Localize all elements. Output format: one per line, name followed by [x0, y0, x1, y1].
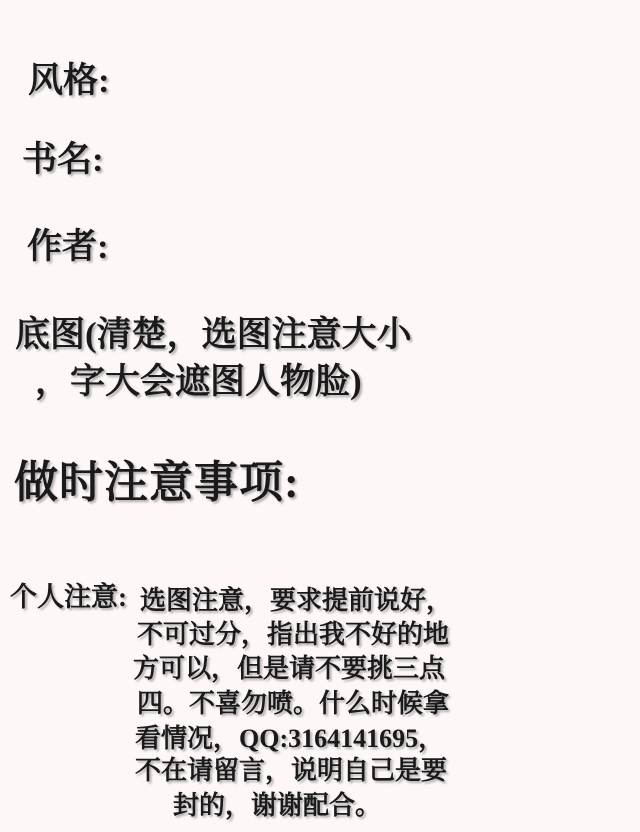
- style-field-label: 风格:: [28, 63, 110, 98]
- personal-note-line: 方可以，但是请不要挑三点: [133, 652, 445, 686]
- base-image-note-line-2: ，字大会遮图人物脸): [35, 364, 362, 399]
- personal-note-label: 个人注意:: [10, 584, 127, 611]
- personal-note-line: 选图注意，要求提前说好，: [140, 584, 452, 618]
- personal-note-line: 不可过分，指出我不好的地: [137, 618, 449, 652]
- personal-note-line-qq: 看情况，QQ:3164141695，: [135, 722, 444, 756]
- personal-note-line: 封的，谢谢配合。: [173, 789, 381, 823]
- book-title-field-label: 书名:: [22, 142, 104, 177]
- notice-page: 风格: 书名: 作者: 底图(清楚，选图注意大小 ，字大会遮图人物脸) 做时注意…: [0, 0, 640, 832]
- base-image-note-line-1: 底图(清楚，选图注意大小: [15, 317, 412, 352]
- section-heading-instructions: 做时注意事项:: [14, 461, 300, 505]
- author-field-label: 作者:: [27, 229, 109, 264]
- personal-note-line: 不在请留言，说明自己是要: [135, 754, 447, 788]
- personal-note-line: 四。不喜勿喷。什么时候拿: [137, 687, 449, 721]
